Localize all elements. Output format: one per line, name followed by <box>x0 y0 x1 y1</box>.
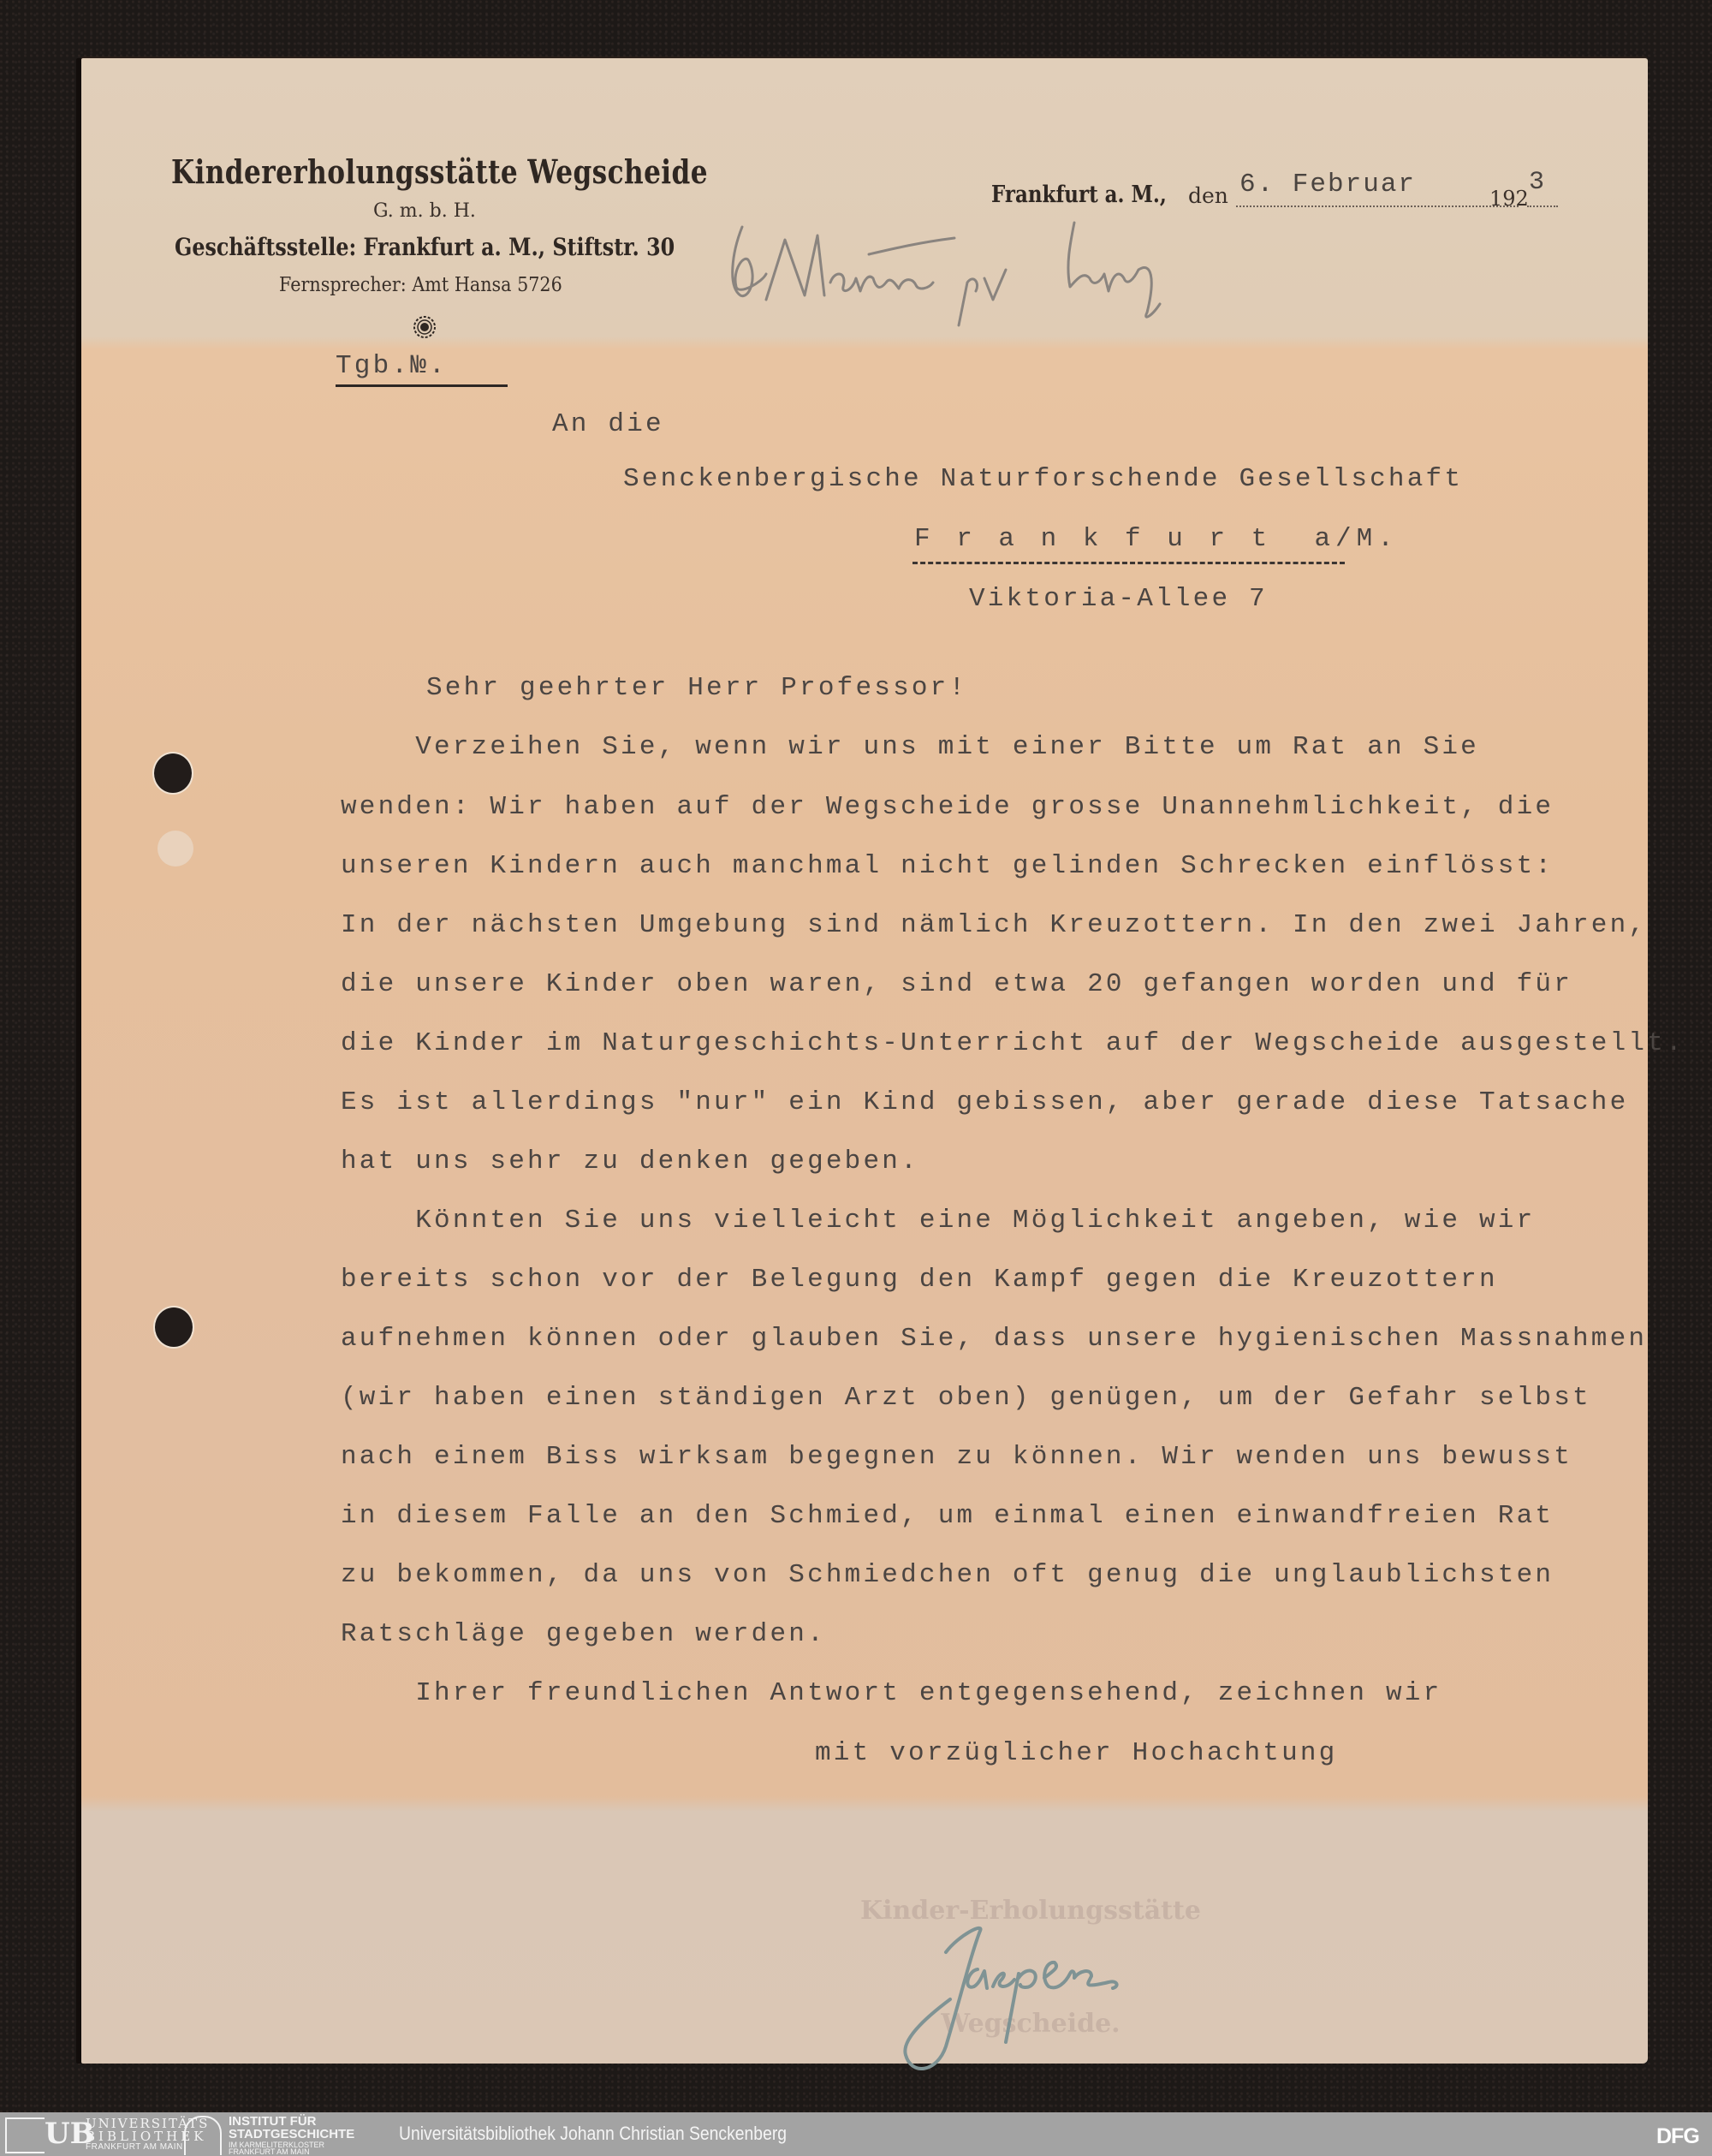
isg-logo-line4: FRANKFURT AM MAIN <box>229 2147 310 2156</box>
recipient-city: F r a n k f u r t a/M. <box>914 524 1399 554</box>
reference-number-label: Tgb.№. <box>336 351 508 387</box>
dfg-logo: DFG <box>1656 2124 1699 2149</box>
punch-hole-top <box>154 753 192 793</box>
recipient-city-underline <box>912 562 1345 564</box>
body-line: hat uns sehr zu denken gegeben. <box>341 1146 919 1176</box>
body-line: Ihrer freundlichen Antwort entgegensehen… <box>341 1678 1442 1708</box>
body-line: (wir haben einen ständigen Arzt oben) ge… <box>341 1383 1591 1413</box>
letterhead-phone: Fernsprecher: Amt Hansa 5726 <box>279 274 562 296</box>
dateline-den: den <box>1188 183 1228 208</box>
ub-logo-line3: FRANKFURT AM MAIN <box>86 2142 183 2152</box>
letterhead-legal-form: G. m. b. H. <box>373 200 476 222</box>
letterhead-organization: Kindererholungsstätte Wegscheide <box>171 152 708 191</box>
dateline-place: Frankfurt a. M., <box>991 182 1167 208</box>
dateline-year-prefix: 192 <box>1489 187 1529 211</box>
body-line: Es ist allerdings "nur" ein Kind gebisse… <box>341 1087 1628 1117</box>
letterhead-office-address: Geschäftsstelle: Frankfurt a. M., Stifts… <box>175 233 675 261</box>
recipient-line1: An die <box>552 409 664 439</box>
flower-emblem-icon <box>413 315 437 339</box>
body-line: wenden: Wir haben auf der Wegscheide gro… <box>341 792 1554 822</box>
body-line: unseren Kindern auch manchmal nicht geli… <box>341 851 1554 881</box>
body-line: zu bekommen, da uns von Schmiedchen oft … <box>341 1560 1554 1590</box>
body-line: bereits schon vor der Belegung den Kampf… <box>341 1265 1498 1295</box>
dateline-year-suffix: 3 <box>1529 168 1544 197</box>
library-name: Universitätsbibliothek Johann Christian … <box>399 2123 787 2145</box>
body-line: aufnehmen können oder glauben Sie, dass … <box>341 1324 1647 1354</box>
body-line: Ratschläge gegeben werden. <box>341 1619 826 1649</box>
punch-hole-ghost <box>158 831 193 867</box>
body-line: Verzeihen Sie, wenn wir uns mit einer Bi… <box>341 732 1479 762</box>
body-line: nach einem Biss wirksam begegnen zu könn… <box>341 1442 1572 1472</box>
dateline-dotted-rule <box>1236 205 1519 207</box>
body-line: die Kinder im Naturgeschichts-Unterricht… <box>341 1028 1685 1058</box>
isg-arch-icon <box>184 2116 222 2155</box>
pencil-annotation: Dr Mertens pr Erledigt <box>723 210 1305 330</box>
dateline-year-rule <box>1527 205 1558 207</box>
closing-phrase: mit vorzüglicher Hochachtung <box>815 1738 1338 1768</box>
salutation: Sehr geehrter Herr Professor! <box>426 673 967 703</box>
ub-logo-portrait-icon <box>5 2117 45 2153</box>
recipient-street: Viktoria-Allee 7 <box>969 584 1268 614</box>
body-line: in diesem Falle an den Schmied, um einma… <box>341 1501 1554 1531</box>
isg-logo-line2: STADTGESCHICHTE <box>229 2127 354 2141</box>
dateline-day-month: 6. Februar <box>1239 170 1416 200</box>
punch-hole-bottom <box>155 1307 193 1347</box>
body-line: Könnten Sie uns vielleicht eine Möglichk… <box>341 1206 1535 1236</box>
signature: Jasper <box>899 1918 1207 2081</box>
footer-bar: UB UNIVERSITÄTS BIBLIOTHEK FRANKFURT AM … <box>0 2112 1712 2156</box>
body-line: In der nächsten Umgebung sind nämlich Kr… <box>341 910 1647 940</box>
body-line: die unsere Kinder oben waren, sind etwa … <box>341 969 1572 999</box>
recipient-organization: Senckenbergische Naturforschende Gesells… <box>623 464 1463 494</box>
